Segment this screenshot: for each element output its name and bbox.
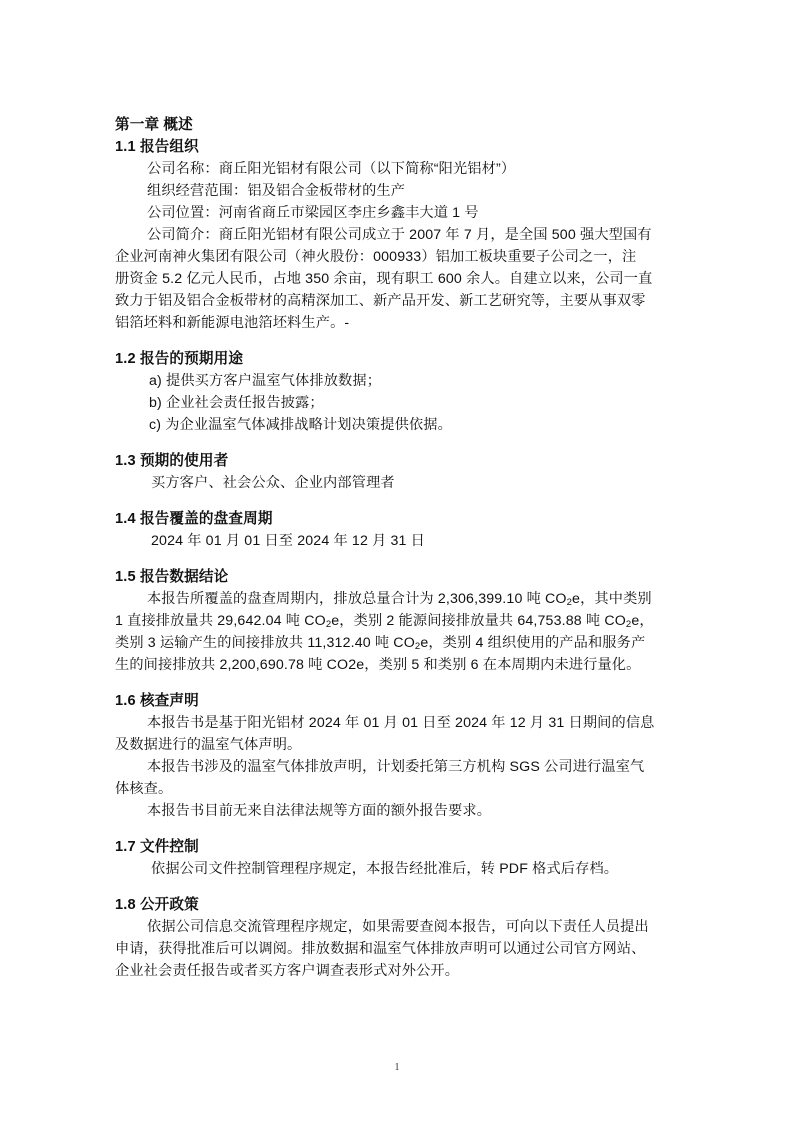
text: 类别 3 运输产生的间接排放共 11,312.40 吨 CO [115,635,415,651]
section-heading: 1.3 预期的使用者 [115,450,687,472]
section-disclosure-policy: 1.8 公开政策 依据公司信息交流管理程序规定，如果需要查阅本报告，可向以下责任… [115,894,687,982]
conclusion-line: 生的间接排放共 2,200,690.78 吨 CO2e，类别 5 和类别 6 在… [115,654,687,676]
section-heading: 1.5 报告数据结论 [115,566,687,588]
document-page: 第一章 概述 1.1 报告组织 公司名称：商丘阳光铝材有限公司（以下简称“阳光铝… [115,114,687,982]
section-heading: 1.7 文件控制 [115,836,687,858]
company-intro-line: 册资金 5.2 亿元人民币，占地 350 余亩，现有职工 600 余人。自建立以… [115,268,687,290]
paragraph-line: 本报告书是基于阳光铝材 2024 年 01 月 01 日至 2024 年 12 … [115,712,687,734]
section-inventory-period: 1.4 报告覆盖的盘查周期 2024 年 01 月 01 日至 2024 年 1… [115,508,687,552]
text: 本报告所覆盖的盘查周期内，排放总量合计为 2,306,399.10 吨 CO [147,591,567,607]
paragraph-line: 依据公司信息交流管理程序规定，如果需要查阅本报告，可向以下责任人员提出 [115,916,687,938]
inventory-period-text: 2024 年 01 月 01 日至 2024 年 12 月 31 日 [115,530,687,552]
conclusion-line: 本报告所覆盖的盘查周期内，排放总量合计为 2,306,399.10 吨 CO2e… [115,588,687,610]
text: e， [631,613,653,629]
section-document-control: 1.7 文件控制 依据公司文件控制管理程序规定，本报告经批准后，转 PDF 格式… [115,836,687,880]
section-intended-use: 1.2 报告的预期用途 a) 提供买方客户温室气体排放数据； b) 企业社会责任… [115,348,687,436]
paragraph-line: 本报告书涉及的温室气体排放声明，计划委托第三方机构 SGS 公司进行温室气 [115,756,687,778]
section-heading: 1.4 报告覆盖的盘查周期 [115,508,687,530]
text: e，类别 4 组织使用的产品和服务产 [420,635,645,651]
document-control-text: 依据公司文件控制管理程序规定，本报告经批准后，转 PDF 格式后存档。 [115,858,687,880]
text: e，类别 2 能源间接排放量共 64,753.88 吨 CO [331,613,626,629]
page-number: 1 [0,1062,794,1073]
section-verification-statement: 1.6 核查声明 本报告书是基于阳光铝材 2024 年 01 月 01 日至 2… [115,690,687,822]
text: 1 直接排放量共 29,642.04 吨 CO [115,613,326,629]
company-intro-line: 铝箔坯料和新能源电池箔坯料生产。- [115,312,687,334]
conclusion-line: 1 直接排放量共 29,642.04 吨 CO2e，类别 2 能源间接排放量共 … [115,610,687,632]
section-heading: 1.1 报告组织 [115,136,687,158]
list-item: c) 为企业温室气体减排战略计划决策提供依据。 [115,414,687,436]
conclusion-line: 类别 3 运输产生的间接排放共 11,312.40 吨 CO2e，类别 4 组织… [115,632,687,654]
company-intro-line: 致力于铝及铝合金板带材的高精深加工、新产品开发、新工艺研究等，主要从事双零 [115,290,687,312]
company-intro-line: 企业河南神火集团有限公司（神火股份：000933）铝加工板块重要子公司之一，注 [115,246,687,268]
paragraph-line: 及数据进行的温室气体声明。 [115,734,687,756]
list-item: b) 企业社会责任报告披露； [115,392,687,414]
section-report-organization: 1.1 报告组织 公司名称：商丘阳光铝材有限公司（以下简称“阳光铝材”） 组织经… [115,136,687,334]
section-heading: 1.6 核查声明 [115,690,687,712]
company-name: 公司名称：商丘阳光铝材有限公司（以下简称“阳光铝材”） [115,158,687,180]
section-heading: 1.8 公开政策 [115,894,687,916]
paragraph-line: 企业社会责任报告或者买方客户调查表形式对外公开。 [115,960,687,982]
company-intro-line: 公司简介：商丘阳光铝材有限公司成立于 2007 年 7 月，是全国 500 强大… [115,224,687,246]
text: e，其中类别 [572,591,652,607]
section-intended-users: 1.3 预期的使用者 买方客户、社会公众、企业内部管理者 [115,450,687,494]
business-scope: 组织经营范围：铝及铝合金板带材的生产 [115,180,687,202]
section-heading: 1.2 报告的预期用途 [115,348,687,370]
company-location: 公司位置：河南省商丘市梁园区李庄乡鑫丰大道 1 号 [115,202,687,224]
chapter-title: 第一章 概述 [115,114,687,136]
list-item: a) 提供买方客户温室气体排放数据； [115,370,687,392]
intended-users-text: 买方客户、社会公众、企业内部管理者 [115,472,687,494]
paragraph-line: 申请，获得批准后可以调阅。排放数据和温室气体排放声明可以通过公司官方网站、 [115,938,687,960]
paragraph-line: 体核查。 [115,778,687,800]
paragraph-line: 本报告书目前无来自法律法规等方面的额外报告要求。 [115,800,687,822]
section-data-conclusion: 1.5 报告数据结论 本报告所覆盖的盘查周期内，排放总量合计为 2,306,39… [115,566,687,676]
